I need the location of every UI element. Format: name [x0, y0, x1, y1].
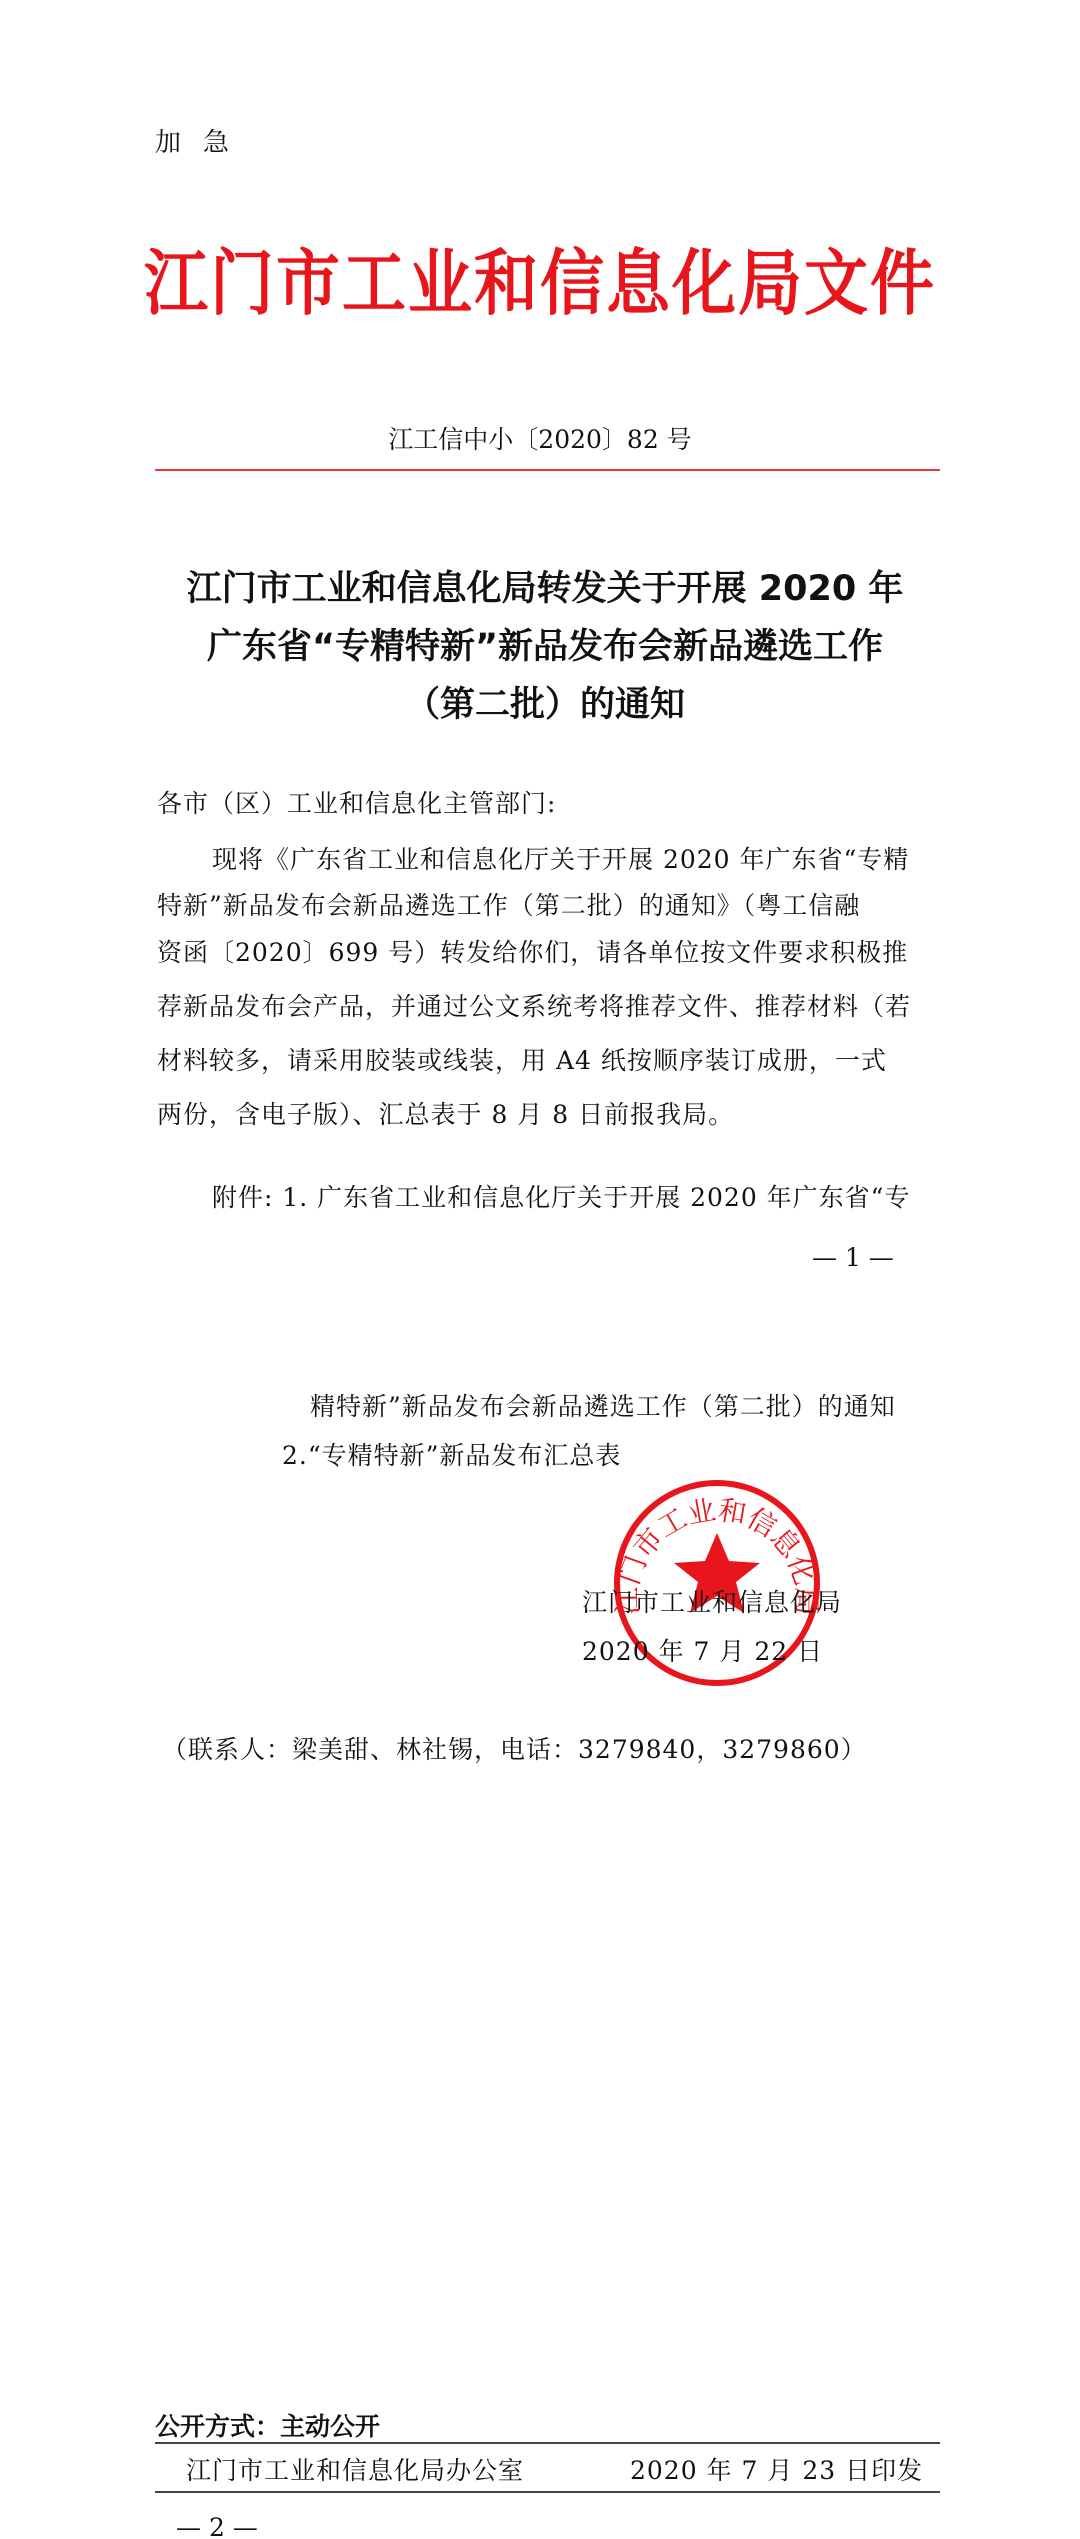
- red-divider: [155, 469, 940, 471]
- page-number-1: — 1 —: [812, 1243, 894, 1272]
- attachment-item-2: 2.“专精特新”新品发布汇总表: [282, 1441, 621, 1471]
- body-line: 荐新品发布会产品，并通过公文系统考将推荐文件、推荐材料（若: [157, 992, 911, 1022]
- body-line: 材料较多，请采用胶装或线装，用 A4 纸按顺序装订成册，一式: [157, 1046, 887, 1076]
- body-line: 现将《广东省工业和信息化厅关于开展 2020 年广东省“专精: [212, 845, 909, 875]
- salutation: 各市（区）工业和信息化主管部门:: [157, 789, 556, 819]
- notice-title-line: 广东省“专精特新”新品发布会新品遴选工作: [150, 618, 940, 676]
- attachment-item-1: 附件: 1. 广东省工业和信息化厅关于开展 2020 年广东省“专: [212, 1183, 910, 1213]
- body-line: 特新”新品发布会新品遴选工作（第二批）的通知》（粤工信融: [157, 891, 860, 921]
- issuer-banner: 江门市工业和信息化局文件: [0, 226, 1080, 329]
- issuing-office: 江门市工业和信息化局办公室: [186, 2456, 524, 2486]
- signing-date: 2020 年 7 月 22 日: [582, 1637, 823, 1667]
- footer-rule-top: [155, 2442, 940, 2444]
- footer-rule-bottom: [155, 2491, 940, 2493]
- document-number: 江工信中小〔2020〕82 号: [0, 420, 1080, 456]
- contact-info: （联系人：梁美甜、林社锡，电话：3279840，3279860）: [162, 1735, 867, 1765]
- notice-title-line: 江门市工业和信息化局转发关于开展 2020 年: [150, 560, 940, 618]
- print-date: 2020 年 7 月 23 日印发: [630, 2456, 923, 2486]
- disclosure-method: 公开方式：主动公开: [155, 2407, 380, 2443]
- page-number-2: — 2 —: [176, 2513, 258, 2539]
- signing-organization: 江门市工业和信息化局: [582, 1588, 842, 1618]
- body-line: 资函〔2020〕699 号）转发给你们，请各单位按文件要求积极推: [157, 938, 908, 968]
- urgency-label: 加急: [155, 122, 251, 159]
- notice-title: 江门市工业和信息化局转发关于开展 2020 年 广东省“专精特新”新品发布会新品…: [150, 560, 940, 734]
- notice-title-line: （第二批）的通知: [150, 676, 940, 734]
- body-line: 两份，含电子版）、汇总表于 8 月 8 日前报我局。: [157, 1100, 734, 1130]
- attachment-item-1-cont: 精特新”新品发布会新品遴选工作（第二批）的通知: [310, 1392, 896, 1422]
